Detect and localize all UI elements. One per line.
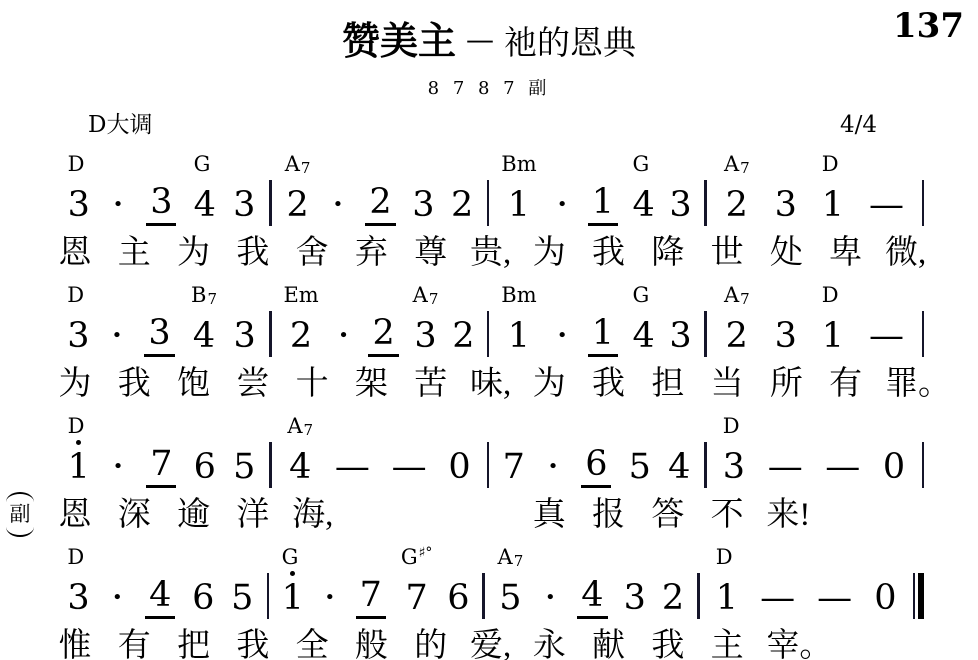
note-cell: D1: [822, 152, 844, 226]
note-cell: 5: [629, 414, 651, 488]
note-value: 2: [368, 314, 398, 357]
note-value: 2: [290, 317, 312, 357]
lyric-char: 海,: [292, 494, 332, 536]
note-cell: Bm1: [501, 152, 536, 226]
barline: [267, 573, 270, 619]
note-cell: 3: [775, 283, 797, 357]
measure: Em2•2A732: [273, 280, 486, 357]
lyric-char: 我: [648, 625, 688, 660]
note-value: 1: [68, 448, 90, 488]
chord-label: G: [633, 283, 650, 308]
note-cell: 3: [775, 152, 797, 226]
lyric-char: 爱,: [470, 625, 510, 660]
barline: [697, 573, 700, 619]
lyric-char: 罪。: [885, 363, 925, 405]
duration-dot: •: [106, 579, 128, 619]
measure: A72•232: [273, 149, 486, 226]
measure: A74——0: [273, 411, 486, 488]
note-cell: 7: [503, 414, 525, 488]
measure: A723D1—: [708, 149, 921, 226]
note-cell: 1: [588, 149, 618, 226]
note-cell: 6: [581, 411, 611, 488]
note-cell: 7: [356, 542, 386, 619]
note-cell: —: [817, 545, 852, 619]
note-value: 4: [289, 448, 311, 488]
lyric-char: 主: [707, 625, 747, 660]
lyric-spacer: [411, 494, 451, 536]
lyric-char: 我: [589, 232, 629, 274]
duration-dot: •: [319, 579, 341, 619]
note-value: 3: [775, 317, 797, 357]
note-cell: 6: [447, 545, 469, 619]
note-cell: G♯°7: [401, 545, 433, 619]
note-value: 4: [194, 186, 216, 226]
barline: [704, 311, 707, 357]
note-value: 6: [581, 445, 611, 488]
lyric-char: 卑: [826, 232, 866, 274]
note-value: 3: [233, 186, 255, 226]
note-cell: 3: [669, 152, 691, 226]
note-value: 3: [233, 317, 255, 357]
note-cell: —: [768, 414, 803, 488]
note-cell: •: [333, 283, 355, 357]
note-value: 3: [146, 183, 176, 226]
note-cell: 2: [368, 280, 398, 357]
note-cell: G4: [633, 152, 655, 226]
time-signature: 4/4: [840, 112, 923, 138]
note-value: 3: [624, 579, 646, 619]
page-number: 137: [893, 6, 964, 46]
lyric-char: 当: [707, 363, 747, 405]
lyric-char: 答: [648, 494, 688, 536]
measure: A75•432: [486, 542, 697, 619]
note-cell: •: [106, 283, 128, 357]
note-value: 6: [194, 448, 216, 488]
title-dash: —: [466, 23, 494, 56]
final-barline-thin: [913, 573, 916, 619]
note-value: 5: [499, 579, 521, 619]
lyric-char: 为: [174, 232, 214, 274]
note-value: 4: [633, 317, 655, 357]
note-cell: •: [551, 152, 573, 226]
chord-label: G: [633, 152, 650, 177]
chord-label: D: [67, 283, 84, 308]
note-cell: 3: [669, 283, 691, 357]
duration-dash: —: [869, 186, 904, 226]
title-main: 赞美主: [342, 21, 456, 63]
duration-dot: •: [106, 317, 128, 357]
lyric-char: 架: [351, 363, 391, 405]
note-value: 3: [723, 448, 745, 488]
measure: G1•7G♯°76: [270, 542, 481, 619]
note-value: 1: [508, 186, 530, 226]
lyric-spacer: [826, 494, 866, 536]
note-cell: 0: [874, 545, 896, 619]
note-cell: D3: [67, 545, 89, 619]
measure: D1——0: [701, 542, 912, 619]
final-barline-thick: [918, 573, 924, 619]
lyric-char: 为: [55, 363, 95, 405]
duration-dash: —: [768, 448, 803, 488]
duration-dash: —: [825, 448, 860, 488]
note-value: 5: [629, 448, 651, 488]
lyric-char: 有: [826, 363, 866, 405]
measure: Bm1•1G43: [490, 280, 703, 357]
lyric-char: 我: [589, 363, 629, 405]
lyric-spacer: [885, 625, 925, 660]
lyric-char: 有: [114, 625, 154, 660]
chord-label: D: [68, 414, 85, 439]
page-title: 赞美主—祂的恩典: [0, 0, 978, 65]
note-cell: •: [327, 152, 349, 226]
octave-dot-empty: [542, 439, 564, 448]
note-value: 2: [286, 186, 308, 226]
note-cell: 2: [662, 545, 684, 619]
note-cell: 3: [146, 149, 176, 226]
note-cell: 3: [624, 545, 646, 619]
note-cell: •: [106, 545, 128, 619]
lyric-char: 深: [114, 494, 154, 536]
chord-label: Bm: [501, 152, 536, 177]
lyric-spacer: [470, 494, 510, 536]
chord-label: D: [723, 414, 740, 439]
lyric-char: 恩: [55, 232, 95, 274]
note-cell: •: [551, 283, 573, 357]
octave-dot-empty: [319, 570, 341, 579]
note-cell: A75: [498, 545, 524, 619]
duration-dash: —: [760, 579, 795, 619]
note-cell: 1: [588, 280, 618, 357]
duration-dash: —: [817, 579, 852, 619]
system-4: D3•465G1•7G♯°76A75•432D1——0惟有把我全般的爱,永献我主…: [55, 542, 925, 660]
note-cell: A72: [724, 283, 750, 357]
measure: D3•3B743: [55, 280, 268, 357]
note-cell: A72: [285, 152, 311, 226]
note-cell: 5: [233, 414, 255, 488]
refrain-paren-top: [6, 492, 34, 502]
note-cell: —: [760, 545, 795, 619]
note-value: 3: [144, 314, 174, 357]
lyric-char: 我: [233, 625, 273, 660]
lyric-char: 的: [411, 625, 451, 660]
note-cell: D3: [723, 414, 745, 488]
measure: A723D1—: [708, 280, 921, 357]
note-cell: D3: [67, 283, 89, 357]
chord-label: A7: [287, 414, 313, 439]
lyric-char: 把: [174, 625, 214, 660]
note-cell: •: [319, 545, 341, 619]
chord-label: B7: [191, 283, 217, 308]
note-value: 7: [405, 579, 427, 619]
octave-dot-empty: [106, 308, 128, 317]
lyric-char: 处: [766, 232, 806, 274]
note-value: 0: [448, 448, 470, 488]
lyric-char: 恩: [55, 494, 95, 536]
chord-label: D: [68, 152, 85, 177]
lyric-char: 微,: [885, 232, 925, 274]
lyric-line: 副恩深逾洋海,真报答不来!: [55, 494, 925, 536]
lyric-line: 为我饱尝十架苦味,为我担当所有罪。: [55, 363, 925, 405]
lyric-char: 尊: [411, 232, 451, 274]
lyric-char: 世: [707, 232, 747, 274]
note-value: 2: [726, 317, 748, 357]
note-value: 7: [146, 445, 176, 488]
meter-label: 8 7 8 7 副: [0, 74, 978, 100]
note-value: 4: [633, 186, 655, 226]
duration-dot: •: [107, 186, 129, 226]
barline: [922, 442, 925, 488]
note-cell: 7: [146, 411, 176, 488]
note-cell: 2: [452, 283, 474, 357]
note-cell: 4: [145, 542, 175, 619]
lyric-char: 洋: [233, 494, 273, 536]
note-value: 0: [874, 579, 896, 619]
note-cell: 3: [412, 152, 434, 226]
note-cell: 6: [194, 414, 216, 488]
score: D3•3G43A72•232Bm1•1G43A723D1—恩主为我舍弃尊贵,为我…: [55, 149, 925, 660]
lyric-char: 全: [292, 625, 332, 660]
note-cell: G4: [633, 283, 655, 357]
lyric-spacer: [826, 625, 866, 660]
chord-label: D: [822, 283, 839, 308]
barline: [487, 311, 490, 357]
note-value: 3: [67, 317, 89, 357]
chord-accidental: ♯°: [419, 545, 433, 561]
note-value: 4: [668, 448, 690, 488]
note-cell: D1: [68, 414, 90, 488]
chord-seventh: 7: [301, 159, 311, 177]
note-value: 2: [451, 186, 473, 226]
music-line: D1•765A74——07•654D3——0: [55, 411, 925, 488]
lyric-char: 贵,: [470, 232, 510, 274]
note-value: 2: [365, 183, 395, 226]
octave-dot-empty: [327, 177, 349, 186]
note-cell: G4: [194, 152, 216, 226]
measure: D1•765: [55, 411, 268, 488]
note-cell: 3: [233, 283, 255, 357]
chord-label: D: [716, 545, 733, 570]
octave-dot-empty: [539, 570, 561, 579]
duration-dash: —: [335, 448, 370, 488]
duration-dot: •: [107, 448, 129, 488]
note-value: 1: [588, 314, 618, 357]
music-line: D3•465G1•7G♯°76A75•432D1——0: [55, 542, 925, 619]
lyric-char: 为: [529, 363, 569, 405]
barline: [482, 573, 485, 619]
lyric-char: 弃: [351, 232, 391, 274]
note-value: 4: [145, 576, 175, 619]
note-cell: —: [392, 414, 427, 488]
octave-dot-empty: [106, 570, 128, 579]
note-cell: —: [335, 414, 370, 488]
note-value: 1: [716, 579, 738, 619]
barline: [487, 180, 490, 226]
lyric-char: 真: [529, 494, 569, 536]
note-cell: •: [542, 414, 564, 488]
duration-dot: •: [542, 448, 564, 488]
refrain-marker: 副: [3, 492, 37, 537]
duration-dot: •: [333, 317, 355, 357]
lyric-char: 宰。: [766, 625, 806, 660]
note-cell: 4: [668, 414, 690, 488]
note-value: 4: [577, 576, 607, 619]
note-cell: •: [539, 545, 561, 619]
lyric-char: 般: [351, 625, 391, 660]
note-value: 7: [356, 576, 386, 619]
chord-label: Bm: [501, 283, 536, 308]
note-cell: D1: [716, 545, 738, 619]
barline: [487, 442, 490, 488]
note-cell: 2: [365, 149, 395, 226]
lyric-char: 担: [648, 363, 688, 405]
note-value: 3: [68, 186, 90, 226]
measure: D3•3G43: [55, 149, 268, 226]
note-cell: 3: [233, 152, 255, 226]
system-1: D3•3G43A72•232Bm1•1G43A723D1—恩主为我舍弃尊贵,为我…: [55, 149, 925, 274]
title-subtitle: 祂的恩典: [504, 26, 636, 62]
note-value: 3: [775, 186, 797, 226]
lyric-char: 不: [707, 494, 747, 536]
note-cell: 0: [883, 414, 905, 488]
barline: [269, 180, 272, 226]
barline: [922, 311, 925, 357]
chord-seventh: 7: [740, 159, 750, 177]
chord-label: D: [67, 545, 84, 570]
key-signature: D大调: [88, 106, 152, 139]
note-cell: 0: [448, 414, 470, 488]
chord-label: G♯°: [401, 545, 433, 570]
note-value: 2: [662, 579, 684, 619]
note-cell: D3: [68, 152, 90, 226]
chord-seventh: 7: [514, 552, 524, 570]
note-value: 1: [508, 317, 530, 357]
lyric-char: 苦: [411, 363, 451, 405]
duration-dot: •: [551, 317, 573, 357]
note-cell: 4: [577, 542, 607, 619]
chord-seventh: 7: [740, 290, 750, 308]
octave-dot-empty: [551, 177, 573, 186]
lyric-char: 味,: [470, 363, 510, 405]
lyric-spacer: [351, 494, 391, 536]
octave-dot-empty: [551, 308, 573, 317]
note-value: 1: [282, 579, 304, 619]
music-line: D3•3G43A72•232Bm1•1G43A723D1—: [55, 149, 925, 226]
refrain-paren-bottom: [6, 527, 34, 537]
note-cell: Bm1: [501, 283, 536, 357]
lyric-char: 为: [529, 232, 569, 274]
note-value: 1: [822, 186, 844, 226]
duration-dot: •: [327, 186, 349, 226]
lyric-char: 永: [529, 625, 569, 660]
note-cell: A72: [724, 152, 750, 226]
lyric-char: 报: [589, 494, 629, 536]
note-cell: 6: [192, 545, 214, 619]
lyric-char: 我: [233, 232, 273, 274]
note-value: 5: [231, 579, 253, 619]
note-cell: —: [869, 152, 904, 226]
barline: [269, 442, 272, 488]
note-value: 3: [414, 317, 436, 357]
chord-label: G: [282, 545, 299, 570]
chord-label: A7: [724, 283, 750, 308]
note-cell: —: [825, 414, 860, 488]
note-cell: 3: [144, 280, 174, 357]
chord-label: Em: [283, 283, 318, 308]
note-value: 2: [452, 317, 474, 357]
measure: D3——0: [708, 411, 921, 488]
chord-seventh: 7: [207, 290, 217, 308]
note-value: 1: [822, 317, 844, 357]
system-3: D1•765A74——07•654D3——0副恩深逾洋海,真报答不来!: [55, 411, 925, 536]
note-cell: •: [107, 414, 129, 488]
key-time-row: D大调 4/4: [88, 106, 923, 139]
system-2: D3•3B743Em2•2A732Bm1•1G43A723D1—为我饱尝十架苦味…: [55, 280, 925, 405]
sheet-music-page: 137 赞美主—祂的恩典 8 7 8 7 副 D大调 4/4 D3•3G43A7…: [0, 0, 978, 660]
lyric-spacer: [885, 494, 925, 536]
note-cell: —: [869, 283, 904, 357]
lyric-char: 舍: [292, 232, 332, 274]
chord-label: D: [822, 152, 839, 177]
octave-dot-empty: [107, 439, 129, 448]
duration-dot: •: [539, 579, 561, 619]
lyric-char: 所: [766, 363, 806, 405]
note-cell: A74: [287, 414, 313, 488]
barline: [704, 442, 707, 488]
chord-seventh: 7: [429, 290, 439, 308]
chord-label: A7: [285, 152, 311, 177]
lyric-char: 我: [114, 363, 154, 405]
note-value: 3: [669, 317, 691, 357]
chord-seventh: 7: [304, 421, 314, 439]
lyric-char: 十: [292, 363, 332, 405]
note-cell: B74: [191, 283, 217, 357]
chord-label: A7: [413, 283, 439, 308]
note-value: 5: [233, 448, 255, 488]
note-cell: D1: [822, 283, 844, 357]
barline: [704, 180, 707, 226]
note-value: 3: [67, 579, 89, 619]
barline: [922, 180, 925, 226]
note-value: 6: [192, 579, 214, 619]
note-value: 1: [588, 183, 618, 226]
measure: 7•654: [490, 411, 703, 488]
octave-dot-empty: [107, 177, 129, 186]
music-line: D3•3B743Em2•2A732Bm1•1G43A723D1—: [55, 280, 925, 357]
duration-dash: —: [392, 448, 427, 488]
chord-label: A7: [724, 152, 750, 177]
note-cell: Em2: [283, 283, 318, 357]
note-value: 3: [669, 186, 691, 226]
lyric-char: 尝: [233, 363, 273, 405]
note-cell: •: [107, 152, 129, 226]
lyric-char: 降: [648, 232, 688, 274]
lyric-char: 饱: [174, 363, 214, 405]
lyric-char: 主: [114, 232, 154, 274]
duration-dot: •: [551, 186, 573, 226]
measure: Bm1•1G43: [490, 149, 703, 226]
note-value: 0: [883, 448, 905, 488]
note-value: 4: [193, 317, 215, 357]
note-cell: 5: [231, 545, 253, 619]
note-value: 2: [726, 186, 748, 226]
lyric-char: 来!: [766, 494, 806, 536]
note-value: 3: [412, 186, 434, 226]
note-value: 6: [447, 579, 469, 619]
note-cell: G1: [282, 545, 304, 619]
barline: [269, 311, 272, 357]
lyric-line: 恩主为我舍弃尊贵,为我降世处卑微,: [55, 232, 925, 274]
chord-label: G: [194, 152, 211, 177]
